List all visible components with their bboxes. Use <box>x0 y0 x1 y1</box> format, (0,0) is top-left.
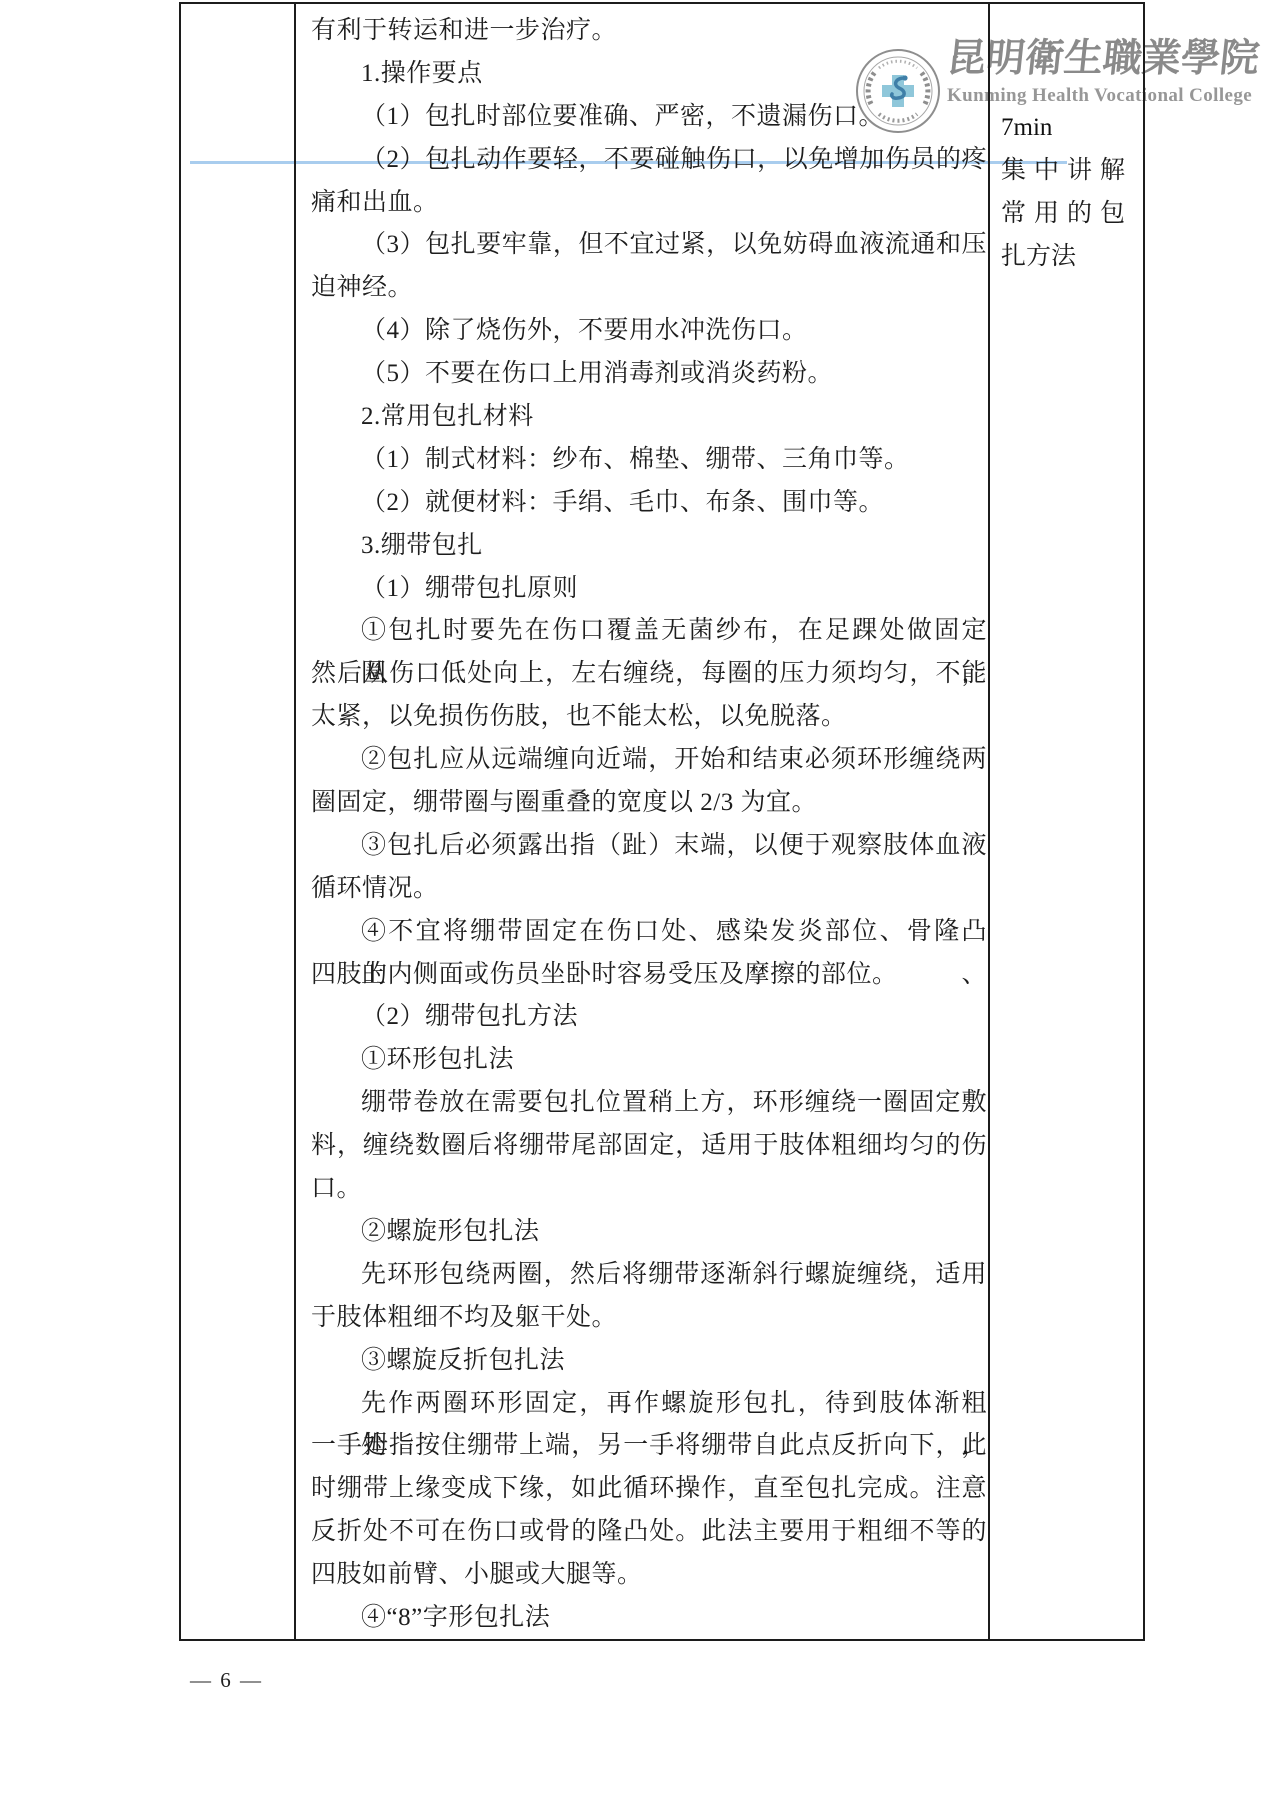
content-text-line: 痛和出血。 <box>311 182 987 225</box>
college-name-chinese: 昆明衛生職業學院 <box>945 36 1270 82</box>
table-divider-left-column <box>294 2 296 1641</box>
timing-note-line: 集中讲解 <box>1001 149 1125 192</box>
table-border-bottom <box>179 1639 1145 1641</box>
content-text-line: 先环形包绕两圈，然后将绷带逐渐斜行螺旋缠绕，适用 <box>311 1254 987 1297</box>
content-text-line: 2.常用包扎材料 <box>311 396 987 439</box>
duration-label: 7min <box>1001 106 1125 149</box>
table-border-right <box>1143 2 1145 1641</box>
content-text-line: （2）就便材料：手绢、毛巾、布条、围巾等。 <box>311 482 987 525</box>
college-name-english: Kunming Health Vocational College <box>947 84 1267 108</box>
timing-note-lines: 集中讲解常用的包扎方法 <box>1001 149 1125 278</box>
content-text-line: ③包扎后必须露出指（趾）末端，以便于观察肢体血液 <box>311 825 987 868</box>
document-page: 有利于转运和进一步治疗。1.操作要点（1）包扎时部位要准确、严密，不遗漏伤口。（… <box>0 0 1274 1801</box>
timing-note-line: 常用的包 <box>1001 192 1125 235</box>
content-text-line: （1）绷带包扎原则 <box>311 568 987 611</box>
content-text-line: 太紧，以免损伤伤肢，也不能太松，以免脱落。 <box>311 696 987 739</box>
content-text-line: 先作两圈环形固定，再作螺旋形包扎，待到肢体渐粗处， <box>311 1383 987 1426</box>
content-text-line: 有利于转运和进一步治疗。 <box>311 10 987 53</box>
timing-note-line: 扎方法 <box>1001 235 1125 278</box>
content-text-line: 绷带卷放在需要包扎位置稍上方，环形缠绕一圈固定敷 <box>311 1082 987 1125</box>
table-border-left <box>179 2 181 1641</box>
content-text-line: 时绷带上缘变成下缘，如此循环操作，直至包扎完成。注意 <box>311 1468 987 1511</box>
content-text-line: 一手拇指按住绷带上端，另一手将绷带自此点反折向下，此 <box>311 1425 987 1468</box>
content-text-line: ③螺旋反折包扎法 <box>311 1340 987 1383</box>
content-text-line: 料，缠绕数圈后将绷带尾部固定，适用于肢体粗细均匀的伤 <box>311 1125 987 1168</box>
page-number: — 6 — <box>190 1668 263 1693</box>
content-text-line: 于肢体粗细不均及躯干处。 <box>311 1297 987 1340</box>
content-text-line: ①环形包扎法 <box>311 1039 987 1082</box>
content-text-line: （2）绷带包扎方法 <box>311 996 987 1039</box>
content-text-line: 四肢的内侧面或伤员坐卧时容易受压及摩擦的部位。 <box>311 954 987 997</box>
content-text-line: ④不宜将绷带固定在伤口处、感染发炎部位、骨隆凸上、 <box>311 911 987 954</box>
content-text-line: （5）不要在伤口上用消毒剂或消炎药粉。 <box>311 353 987 396</box>
content-text-line: 循环情况。 <box>311 868 987 911</box>
content-text-line: 迫神经。 <box>311 267 987 310</box>
content-text-line: （2）包扎动作要轻，不要碰触伤口，以免增加伤员的疼 <box>311 139 987 182</box>
college-seal-icon <box>855 48 941 134</box>
content-text-line: 3.绷带包扎 <box>311 525 987 568</box>
content-text-line: ①包扎时要先在伤口覆盖无菌纱布，在足踝处做固定圈， <box>311 610 987 653</box>
table-divider-right-column <box>988 2 990 1641</box>
content-text-line: 四肢如前臂、小腿或大腿等。 <box>311 1554 987 1597</box>
content-text-line: 然后从伤口低处向上，左右缠绕，每圈的压力须均匀，不能 <box>311 653 987 696</box>
content-text-line: ④“8”字形包扎法 <box>311 1597 987 1640</box>
content-text-line: （1）制式材料：纱布、棉垫、绷带、三角巾等。 <box>311 439 987 482</box>
timing-notes-cell: 7min 集中讲解常用的包扎方法 <box>1001 106 1125 278</box>
content-text-line: 反折处不可在伤口或骨的隆凸处。此法主要用于粗细不等的 <box>311 1511 987 1554</box>
content-text-line: ②螺旋形包扎法 <box>311 1211 987 1254</box>
content-text-line: （4）除了烧伤外，不要用水冲洗伤口。 <box>311 310 987 353</box>
content-text-line: 口。 <box>311 1168 987 1211</box>
content-text-line: 圈固定，绷带圈与圈重叠的宽度以 2/3 为宜。 <box>311 782 987 825</box>
table-border-top <box>179 2 1145 4</box>
content-text-line: ②包扎应从远端缠向近端，开始和结束必须环形缠绕两 <box>311 739 987 782</box>
content-text-line: （3）包扎要牢靠，但不宜过紧，以免妨碍血液流通和压 <box>311 224 987 267</box>
lesson-content-cell: 有利于转运和进一步治疗。1.操作要点（1）包扎时部位要准确、严密，不遗漏伤口。（… <box>311 10 987 1640</box>
